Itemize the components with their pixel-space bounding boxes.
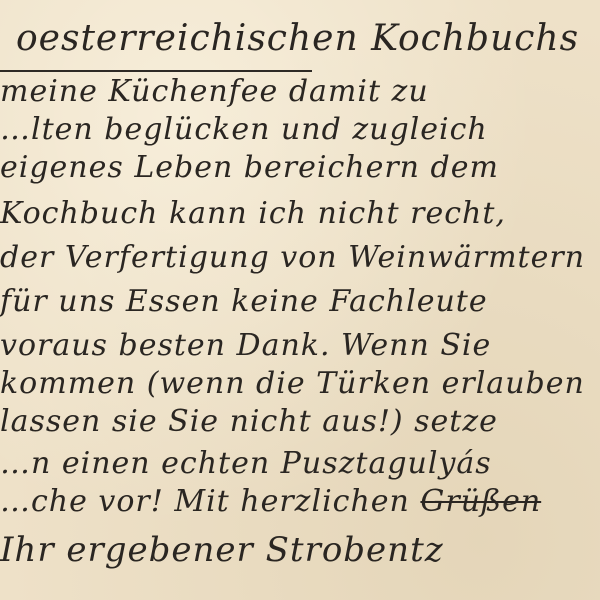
letter-line-3: …lten beglücken und zugleich <box>0 112 488 147</box>
closing-text: …che vor! Mit herzlichen <box>0 484 410 519</box>
letter-line-12: …che vor! Mit herzlichen Grüßen <box>0 484 541 519</box>
struck-word: Grüßen <box>420 484 541 519</box>
letter-line-7: für uns Essen keine Fachleute <box>0 284 488 319</box>
letter-line-10: lassen sie Sie nicht aus!) setze <box>0 404 498 439</box>
signature-line: Ihr ergebener Strobentz <box>0 530 444 570</box>
letter-line-6: der Verfertigung von Weinwärmtern <box>0 240 585 275</box>
letter-line-1: oesterreichischen Kochbuchs <box>16 18 579 59</box>
letter-line-8: voraus besten Dank. Wenn Sie <box>0 328 491 363</box>
letter-line-5: Kochbuch kann ich nicht recht, <box>0 196 506 231</box>
letter-line-4: eigenes Leben bereichern dem <box>0 150 499 185</box>
letter-line-11: …n einen echten Pusztagulyás <box>0 446 492 481</box>
letter-paper: oesterreichischen Kochbuchs meine Küchen… <box>0 0 600 600</box>
letter-line-2: meine Küchenfee damit zu <box>0 74 429 109</box>
underline <box>0 70 312 72</box>
letter-line-9: kommen (wenn die Türken erlauben <box>0 366 585 401</box>
